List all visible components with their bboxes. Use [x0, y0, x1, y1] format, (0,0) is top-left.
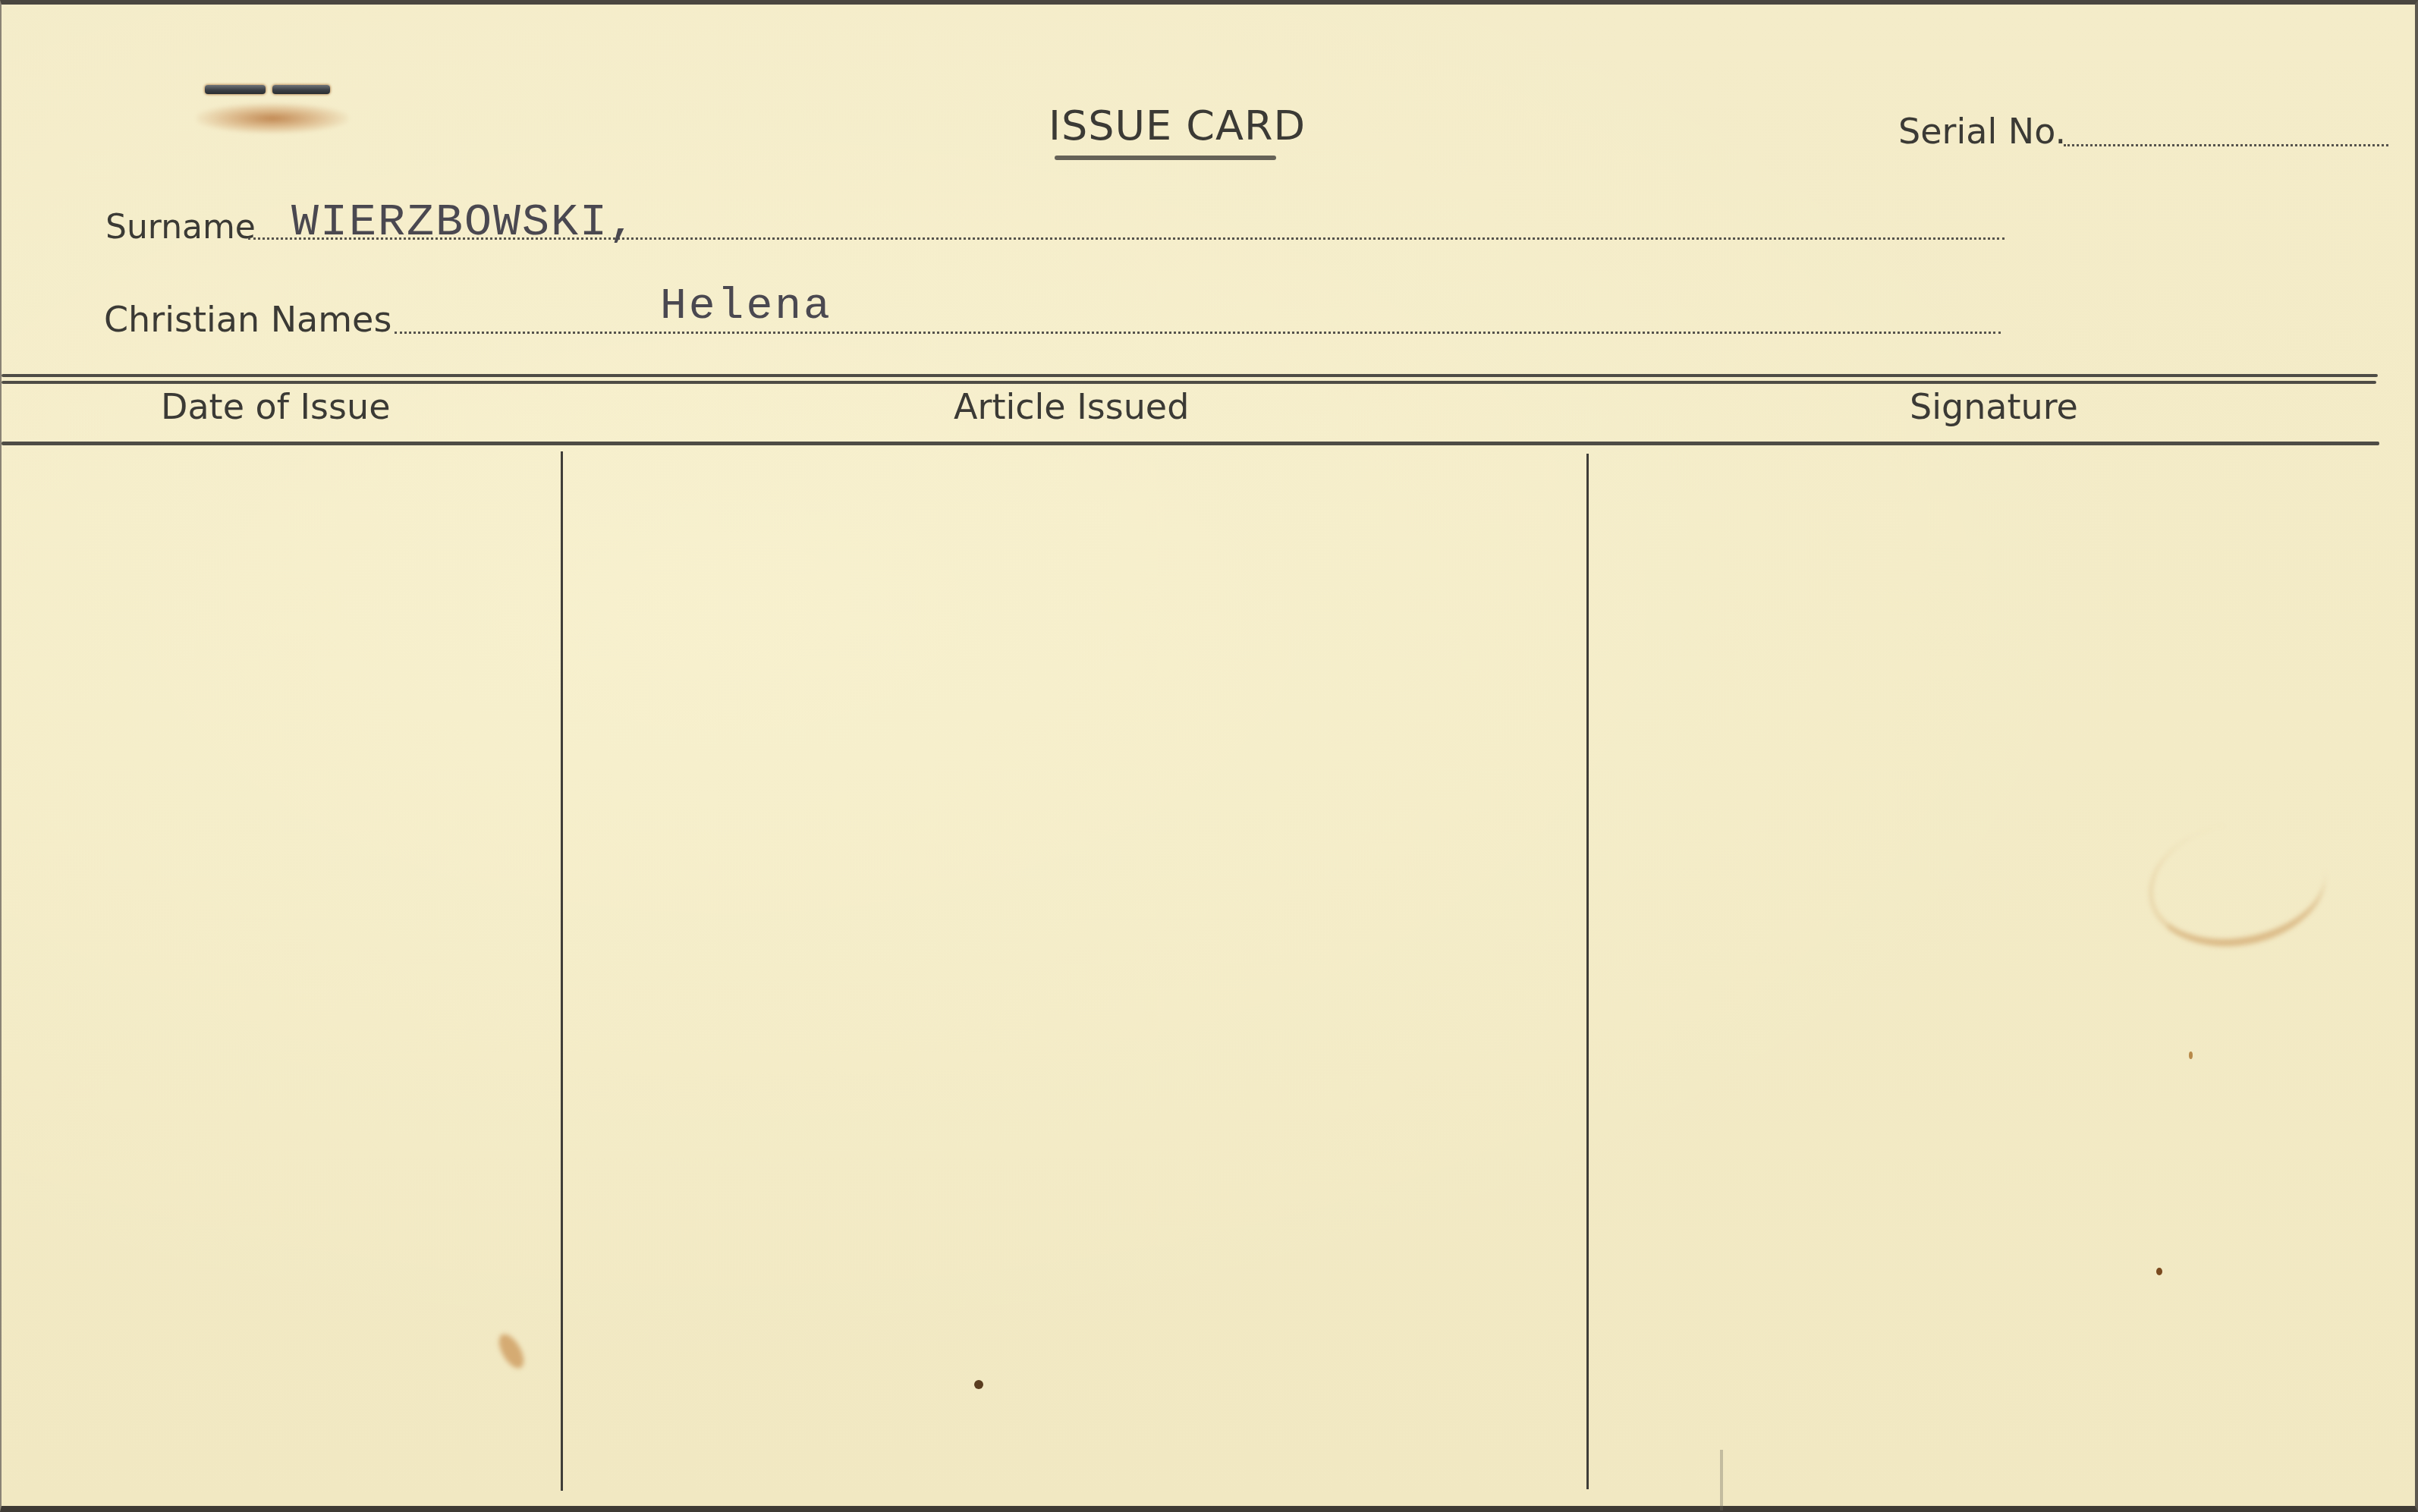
christian-names-value: Helena	[660, 282, 832, 332]
column-divider-1	[561, 451, 563, 1491]
staple-right-leg	[272, 85, 330, 94]
signature-column[interactable]	[1589, 446, 2376, 1493]
christian-names-label: Christian Names	[104, 299, 391, 340]
staple-left-leg	[205, 85, 266, 94]
column-divider-2	[1586, 454, 1589, 1489]
title-underline	[1055, 156, 1276, 160]
rust-stain	[197, 103, 348, 134]
header-bottom-rule	[2, 442, 2379, 445]
issue-table-body	[2, 446, 2376, 1493]
card-title: ISSUE CARD	[1049, 102, 1306, 149]
column-header-date-of-issue: Date of Issue	[161, 386, 390, 427]
column-header-signature: Signature	[1910, 386, 2078, 427]
staple-icon	[200, 80, 337, 134]
double-rule-bottom	[2, 381, 2376, 384]
double-rule-top	[2, 374, 2378, 377]
article-issued-column[interactable]	[563, 446, 1586, 1493]
christian-names-field[interactable]	[395, 332, 2001, 334]
serial-number-label: Serial No.	[1898, 111, 2066, 152]
issue-card: ISSUE CARD Serial No. Surname WIERZBOWSK…	[0, 0, 2418, 1512]
date-of-issue-column[interactable]	[2, 446, 561, 1493]
surname-value: WIERZBOWSKI,	[291, 197, 637, 249]
column-header-article-issued: Article Issued	[954, 386, 1189, 427]
serial-number-field[interactable]	[2064, 144, 2388, 146]
surname-label: Surname	[105, 208, 256, 247]
